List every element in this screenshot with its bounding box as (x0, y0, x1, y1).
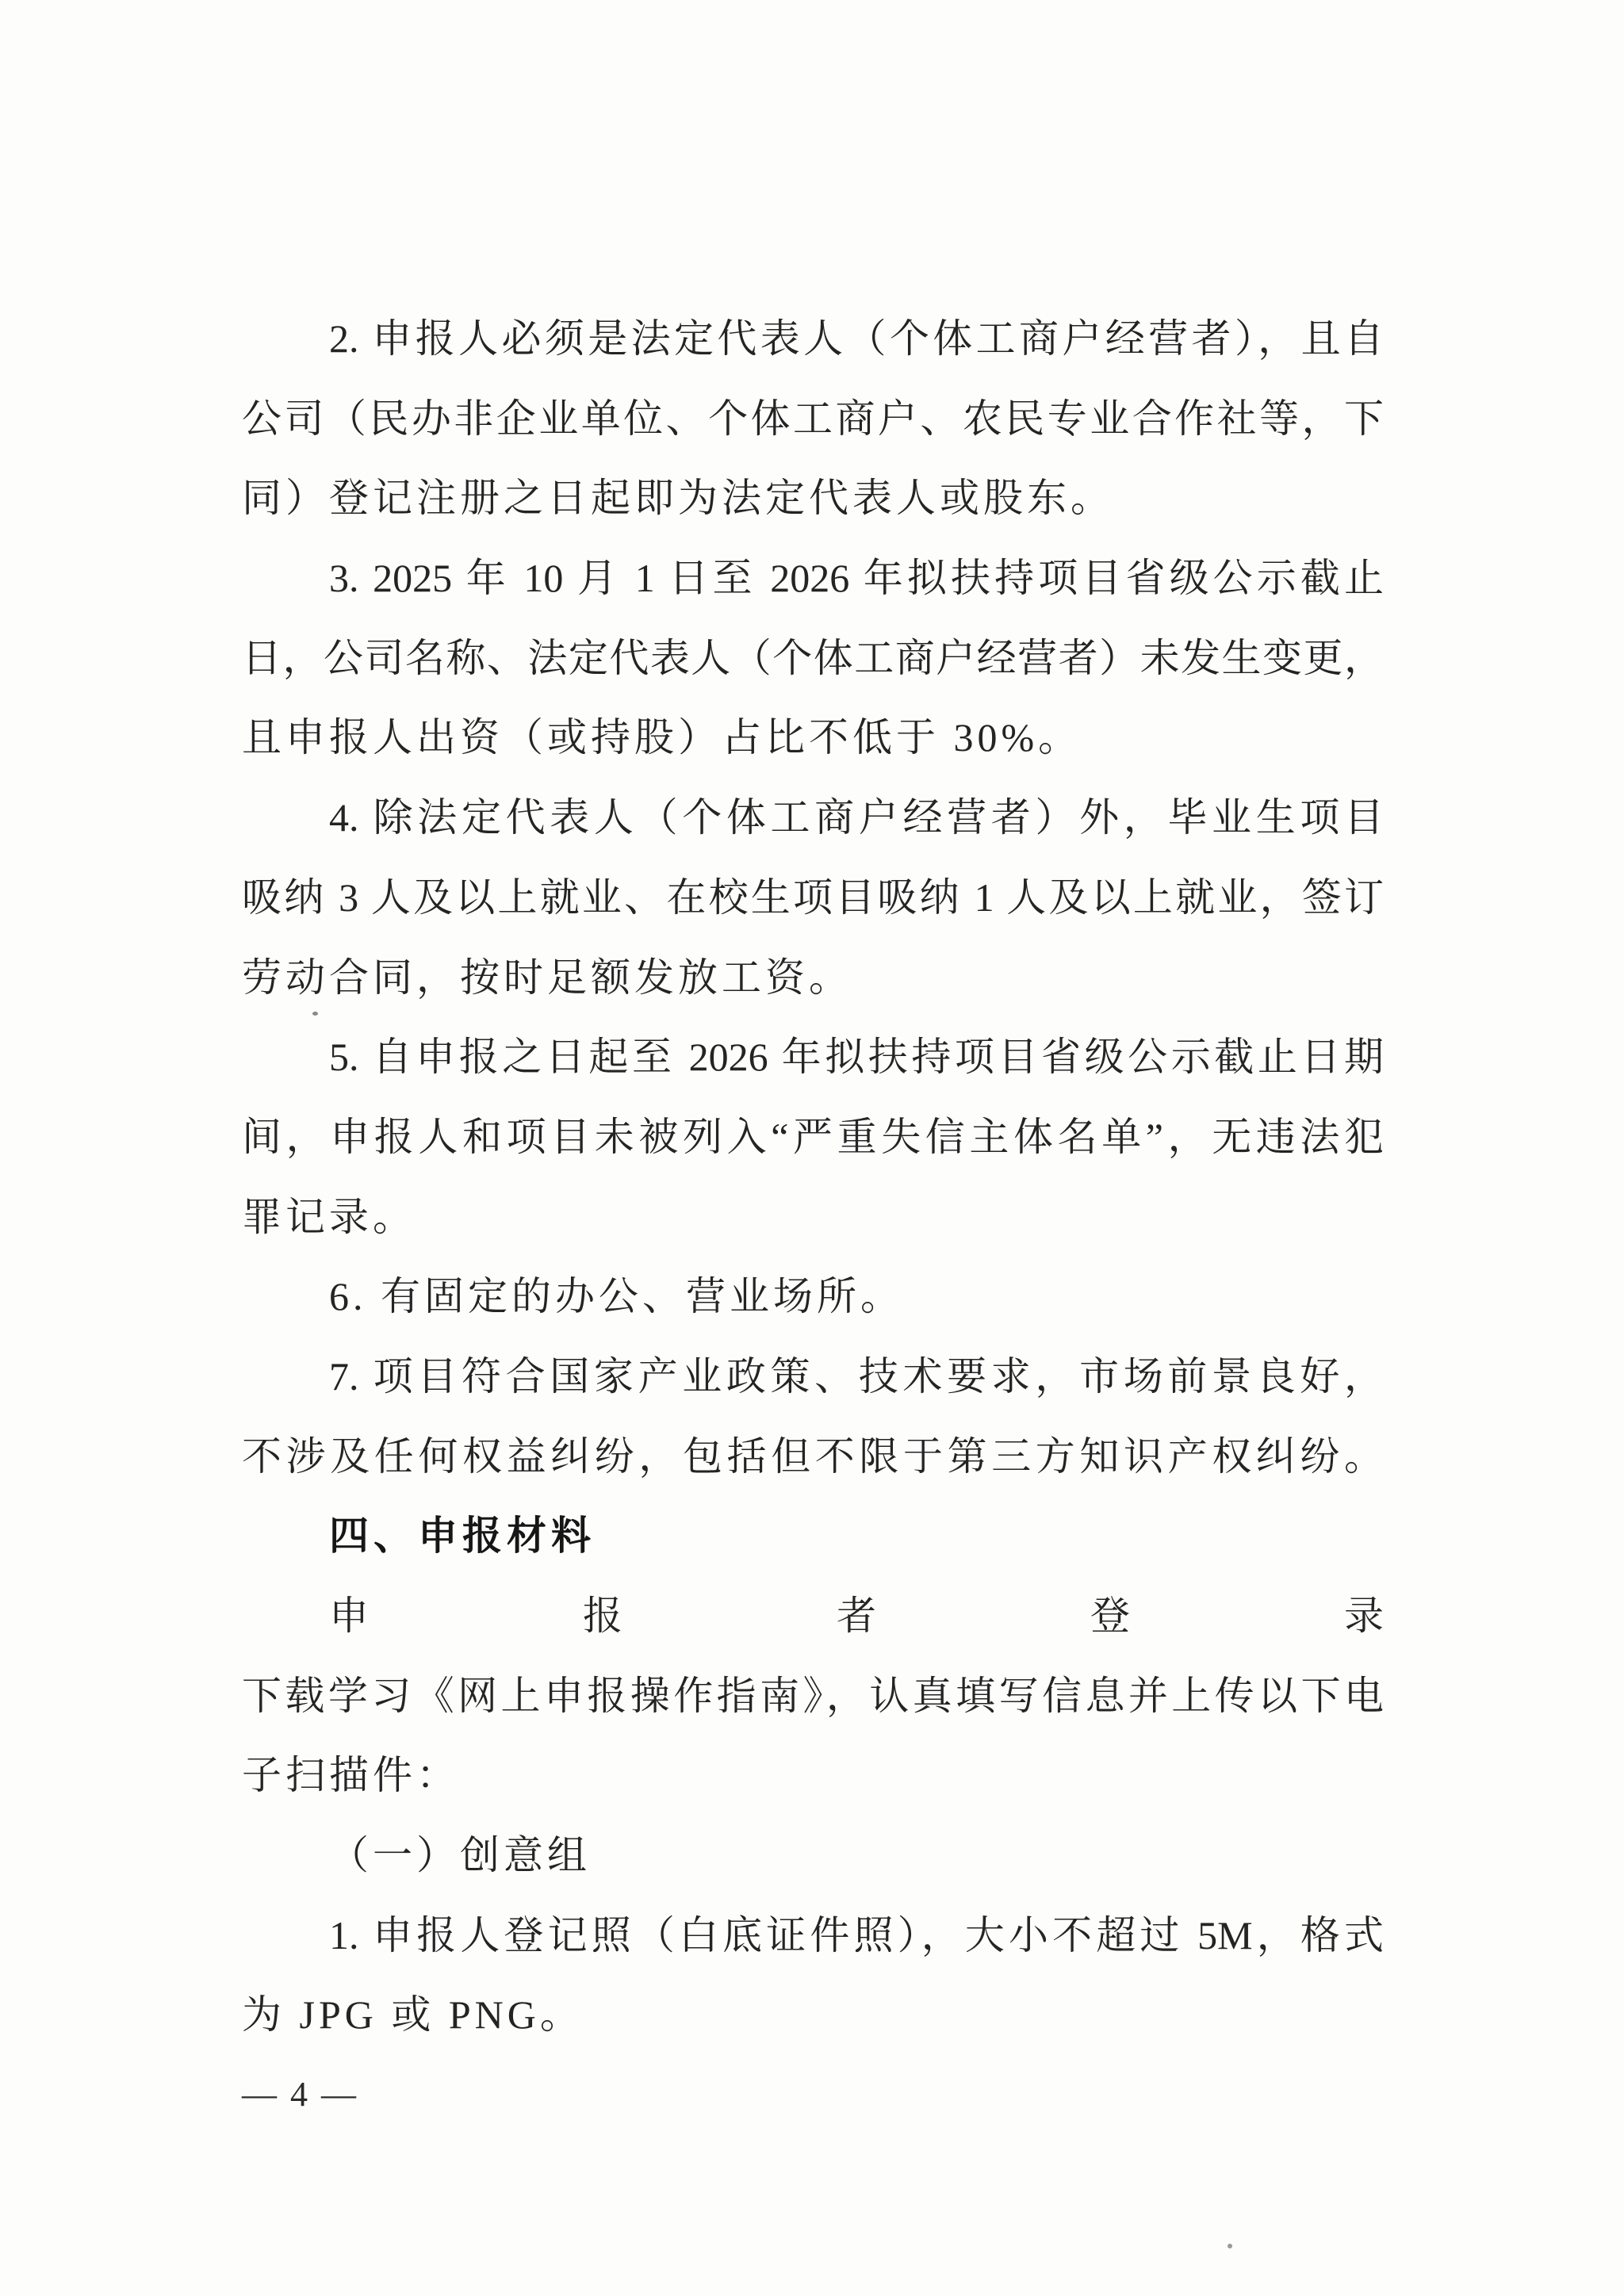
scan-speck (312, 1012, 318, 1016)
body-line: 2. 申报人必须是法定代表人（个体工商户经营者），且自 (242, 299, 1384, 379)
body-line: 不涉及任何权益纠纷，包括但不限于第三方知识产权纠纷。 (242, 1417, 1384, 1497)
section-heading: 四、申报材料 (242, 1496, 1384, 1576)
body-line: 7. 项目符合国家产业政策、技术要求，市场前景良好， (242, 1337, 1384, 1417)
scan-speck (1228, 2244, 1232, 2248)
body-line: 且申报人出资（或持股）占比不低于 30%。 (242, 698, 1384, 778)
body-line-url: 申报者登录 http://hbdcxm.hb12333.com/html/dis… (242, 1576, 1384, 1656)
document-body: 2. 申报人必须是法定代表人（个体工商户经营者），且自 公司（民办非企业单位、个… (242, 299, 1384, 2135)
body-line: 吸纳 3 人及以上就业、在校生项目吸纳 1 人及以上就业，签订 (242, 858, 1384, 938)
body-line: 1. 申报人登记照（白底证件照），大小不超过 5M，格式 (242, 1896, 1384, 1976)
body-line: 5. 自申报之日起至 2026 年拟扶持项目省级公示截止日期 (242, 1017, 1384, 1097)
body-line: 子扫描件： (242, 1735, 1384, 1816)
body-line: 罪记录。 (242, 1177, 1384, 1257)
body-line: 日，公司名称、法定代表人（个体工商户经营者）未发生变更， (242, 618, 1384, 698)
body-line: 间，申报人和项目未被列入“严重失信主体名单”，无违法犯 (242, 1097, 1384, 1177)
page-number: — 4 — (242, 2055, 1384, 2135)
subsection-heading: （一）创意组 (242, 1816, 1384, 1896)
scanned-document-page: 2. 申报人必须是法定代表人（个体工商户经营者），且自 公司（民办非企业单位、个… (0, 0, 1624, 2296)
body-line: 公司（民办非企业单位、个体工商户、农民专业合作社等，下 (242, 379, 1384, 459)
body-line: 下载学习《网上申报操作指南》，认真填写信息并上传以下电 (242, 1656, 1384, 1736)
body-line: 同）登记注册之日起即为法定代表人或股东。 (242, 458, 1384, 538)
body-line: 为 JPG 或 PNG。 (242, 1975, 1384, 2055)
body-line: 3. 2025 年 10 月 1 日至 2026 年拟扶持项目省级公示截止 (242, 538, 1384, 618)
body-line: 劳动合同，按时足额发放工资。 (242, 938, 1384, 1018)
body-line: 4. 除法定代表人（个体工商户经营者）外，毕业生项目 (242, 778, 1384, 858)
body-line: 6. 有固定的办公、营业场所。 (242, 1257, 1384, 1337)
